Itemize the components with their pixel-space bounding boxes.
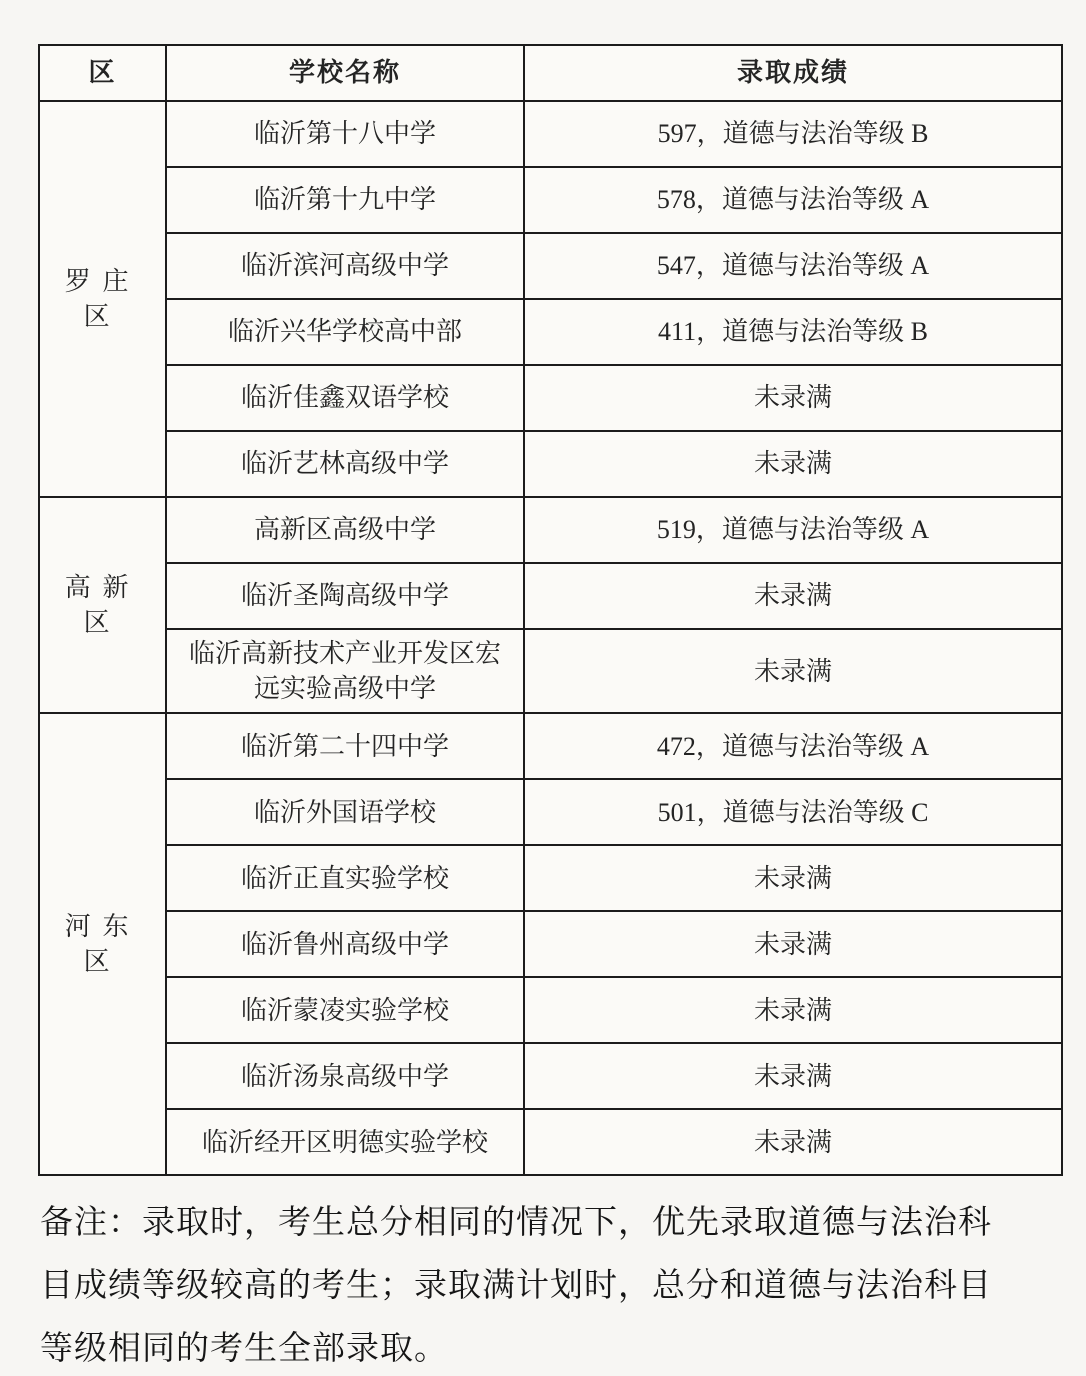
table-header: 区 学校名称 录取成绩 xyxy=(39,45,1062,101)
footnote: 备注：录取时，考生总分相同的情况下，优先录取道德与法治科 目成绩等级较高的考生；… xyxy=(40,1192,1060,1376)
district-cell: 罗庄区 xyxy=(39,101,166,497)
admission-score-cell: 未录满 xyxy=(524,1043,1062,1109)
footnote-line-2: 目成绩等级较高的考生；录取满计划时，总分和道德与法治科目 xyxy=(40,1255,1060,1318)
table-row: 临沂蒙凌实验学校未录满 xyxy=(39,977,1062,1043)
table-row: 临沂佳鑫双语学校未录满 xyxy=(39,365,1062,431)
admission-score-cell: 547，道德与法治等级 A xyxy=(524,233,1062,299)
header-admission-score: 录取成绩 xyxy=(524,45,1062,101)
admission-score-cell: 472，道德与法治等级 A xyxy=(524,713,1062,779)
table-row: 临沂正直实验学校未录满 xyxy=(39,845,1062,911)
header-district: 区 xyxy=(39,45,166,101)
school-name-cell: 临沂艺林高级中学 xyxy=(166,431,524,497)
admission-score-cell: 未录满 xyxy=(524,845,1062,911)
page: 区 学校名称 录取成绩 罗庄区临沂第十八中学597，道德与法治等级 B临沂第十九… xyxy=(0,0,1086,1376)
table-row: 河东区临沂第二十四中学472，道德与法治等级 A xyxy=(39,713,1062,779)
footnote-line-3: 等级相同的考生全部录取。 xyxy=(40,1318,1060,1376)
school-name-cell: 临沂第十八中学 xyxy=(166,101,524,167)
district-cell: 高新区 xyxy=(39,497,166,713)
admission-score-cell: 未录满 xyxy=(524,431,1062,497)
table-row: 临沂第十九中学578，道德与法治等级 A xyxy=(39,167,1062,233)
table-row: 临沂艺林高级中学未录满 xyxy=(39,431,1062,497)
school-name-cell: 临沂高新技术产业开发区宏远实验高级中学 xyxy=(166,629,524,713)
school-name-cell: 临沂滨河高级中学 xyxy=(166,233,524,299)
admission-score-cell: 未录满 xyxy=(524,563,1062,629)
school-name-cell: 临沂佳鑫双语学校 xyxy=(166,365,524,431)
table-row: 临沂汤泉高级中学未录满 xyxy=(39,1043,1062,1109)
school-name-cell: 临沂外国语学校 xyxy=(166,779,524,845)
table-row: 临沂圣陶高级中学未录满 xyxy=(39,563,1062,629)
district-cell: 河东区 xyxy=(39,713,166,1175)
footnote-line-1: 备注：录取时，考生总分相同的情况下，优先录取道德与法治科 xyxy=(40,1192,1060,1255)
admission-score-cell: 未录满 xyxy=(524,365,1062,431)
admission-score-cell: 未录满 xyxy=(524,977,1062,1043)
admission-score-cell: 411，道德与法治等级 B xyxy=(524,299,1062,365)
school-name-cell: 临沂圣陶高级中学 xyxy=(166,563,524,629)
admission-score-cell: 578，道德与法治等级 A xyxy=(524,167,1062,233)
school-name-cell: 临沂第二十四中学 xyxy=(166,713,524,779)
school-name-cell: 高新区高级中学 xyxy=(166,497,524,563)
admission-score-cell: 597，道德与法治等级 B xyxy=(524,101,1062,167)
table-row: 临沂兴华学校高中部411，道德与法治等级 B xyxy=(39,299,1062,365)
admission-score-cell: 501，道德与法治等级 C xyxy=(524,779,1062,845)
table-row: 高新区高新区高级中学519，道德与法治等级 A xyxy=(39,497,1062,563)
school-name-cell: 临沂正直实验学校 xyxy=(166,845,524,911)
admission-score-cell: 未录满 xyxy=(524,1109,1062,1175)
table-row: 罗庄区临沂第十八中学597，道德与法治等级 B xyxy=(39,101,1062,167)
school-name-cell: 临沂兴华学校高中部 xyxy=(166,299,524,365)
table-row: 临沂经开区明德实验学校未录满 xyxy=(39,1109,1062,1175)
header-row: 区 学校名称 录取成绩 xyxy=(39,45,1062,101)
admission-score-cell: 519，道德与法治等级 A xyxy=(524,497,1062,563)
school-name-cell: 临沂经开区明德实验学校 xyxy=(166,1109,524,1175)
admission-score-cell: 未录满 xyxy=(524,629,1062,713)
table-row: 临沂鲁州高级中学未录满 xyxy=(39,911,1062,977)
admission-score-cell: 未录满 xyxy=(524,911,1062,977)
table-body: 罗庄区临沂第十八中学597，道德与法治等级 B临沂第十九中学578，道德与法治等… xyxy=(39,101,1062,1175)
school-name-cell: 临沂第十九中学 xyxy=(166,167,524,233)
table-row: 临沂外国语学校501，道德与法治等级 C xyxy=(39,779,1062,845)
table-row: 临沂滨河高级中学547，道德与法治等级 A xyxy=(39,233,1062,299)
header-school-name: 学校名称 xyxy=(166,45,524,101)
table-row: 临沂高新技术产业开发区宏远实验高级中学未录满 xyxy=(39,629,1062,713)
school-name-cell: 临沂鲁州高级中学 xyxy=(166,911,524,977)
school-name-cell: 临沂汤泉高级中学 xyxy=(166,1043,524,1109)
school-name-cell: 临沂蒙凌实验学校 xyxy=(166,977,524,1043)
admission-score-table: 区 学校名称 录取成绩 罗庄区临沂第十八中学597，道德与法治等级 B临沂第十九… xyxy=(38,44,1063,1176)
